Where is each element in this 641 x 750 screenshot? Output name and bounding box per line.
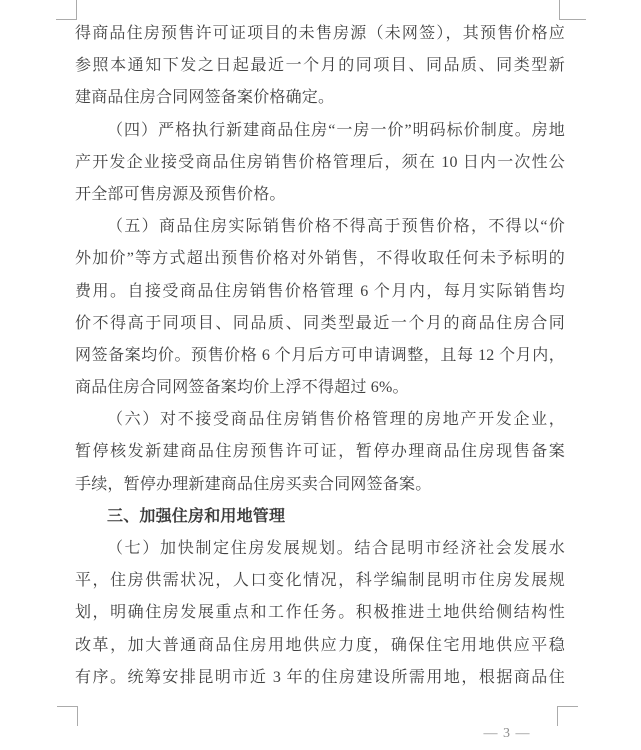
document-line: 外加价”等方式超出预售价格对外销售，不得收取任何未予标明的 (75, 243, 565, 275)
document-line: 有序。统筹安排昆明市近 3 年的住房建设所需用地，根据商品住 (75, 662, 565, 694)
document-line: 平，住房供需状况，人口变化情况，科学编制昆明市住房发展规 (75, 565, 565, 597)
crop-mark-bottom-left-icon (57, 706, 78, 726)
document-line: 划，明确住房发展重点和工作任务。积极推进土地供给侧结构性 (75, 597, 565, 629)
document-line: （七）加快制定住房发展规划。结合昆明市经济社会发展水 (75, 533, 565, 565)
document-line: 产开发企业接受商品住房销售价格管理后，须在 10 日内一次性公 (75, 147, 565, 179)
document-line: 网签备案均价。预售价格 6 个月后方可申请调整，且每 12 个月内， (75, 340, 565, 372)
document-line: 暂停核发新建商品住房预售许可证，暂停办理商品住房现售备案 (75, 436, 565, 468)
section-heading: 三、加强住房和用地管理 (75, 501, 565, 533)
page-number: — 3 — (472, 726, 542, 742)
crop-mark-top-left-icon (56, 0, 77, 20)
document-line: 参照本通知下发之日起最近一个月的同项目、同品质、同类型新 (75, 50, 565, 82)
document-line: 建商品住房合同网签备案价格确定。 (75, 82, 565, 114)
document-line: 价不得高于同项目、同品质、同类型最近一个月的商品住房合同 (75, 308, 565, 340)
crop-mark-top-right-icon (559, 0, 586, 20)
document-body: 得商品住房预售许可证项目的未售房源（未网签），其预售价格应 参照本通知下发之日起… (75, 18, 565, 694)
document-line: （四）严格执行新建商品住房“一房一价”明码标价制度。房地 (75, 115, 565, 147)
document-line: 开全部可售房源及预售价格。 (75, 179, 565, 211)
document-line: 手续，暂停办理新建商品住房买卖合同网签备案。 (75, 469, 565, 501)
document-line: （六）对不接受商品住房销售价格管理的房地产开发企业， (75, 404, 565, 436)
document-line: 费用。自接受商品住房销售价格管理 6 个月内，每月实际销售均 (75, 276, 565, 308)
document-line: 商品住房合同网签备案均价上浮不得超过 6%。 (75, 372, 565, 404)
document-page: 得商品住房预售许可证项目的未售房源（未网签），其预售价格应 参照本通知下发之日起… (0, 0, 641, 750)
crop-mark-bottom-right-icon (557, 706, 578, 726)
document-line: 得商品住房预售许可证项目的未售房源（未网签），其预售价格应 (75, 18, 565, 50)
document-line: （五）商品住房实际销售价格不得高于预售价格，不得以“价 (75, 211, 565, 243)
document-line: 改革，加大普通商品住房用地供应力度，确保住宅用地供应平稳 (75, 630, 565, 662)
